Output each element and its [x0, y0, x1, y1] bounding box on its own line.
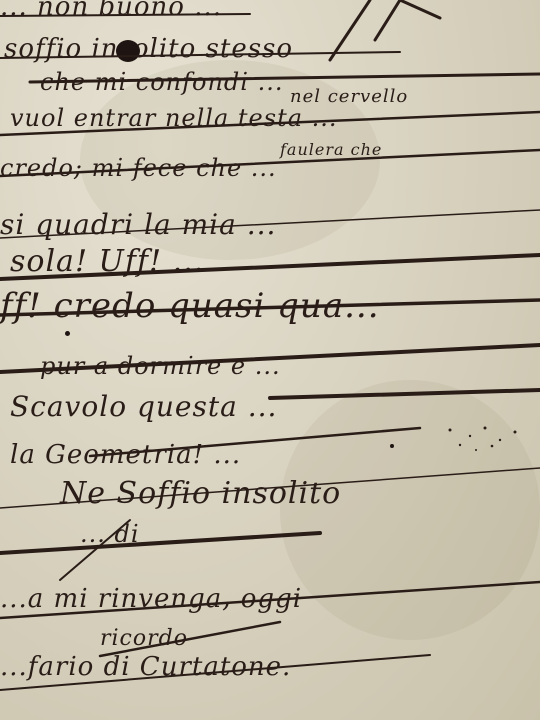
manuscript-page: ... non buono ... soffio insolito stesso…	[0, 0, 540, 720]
strike-through-lines	[0, 0, 540, 720]
